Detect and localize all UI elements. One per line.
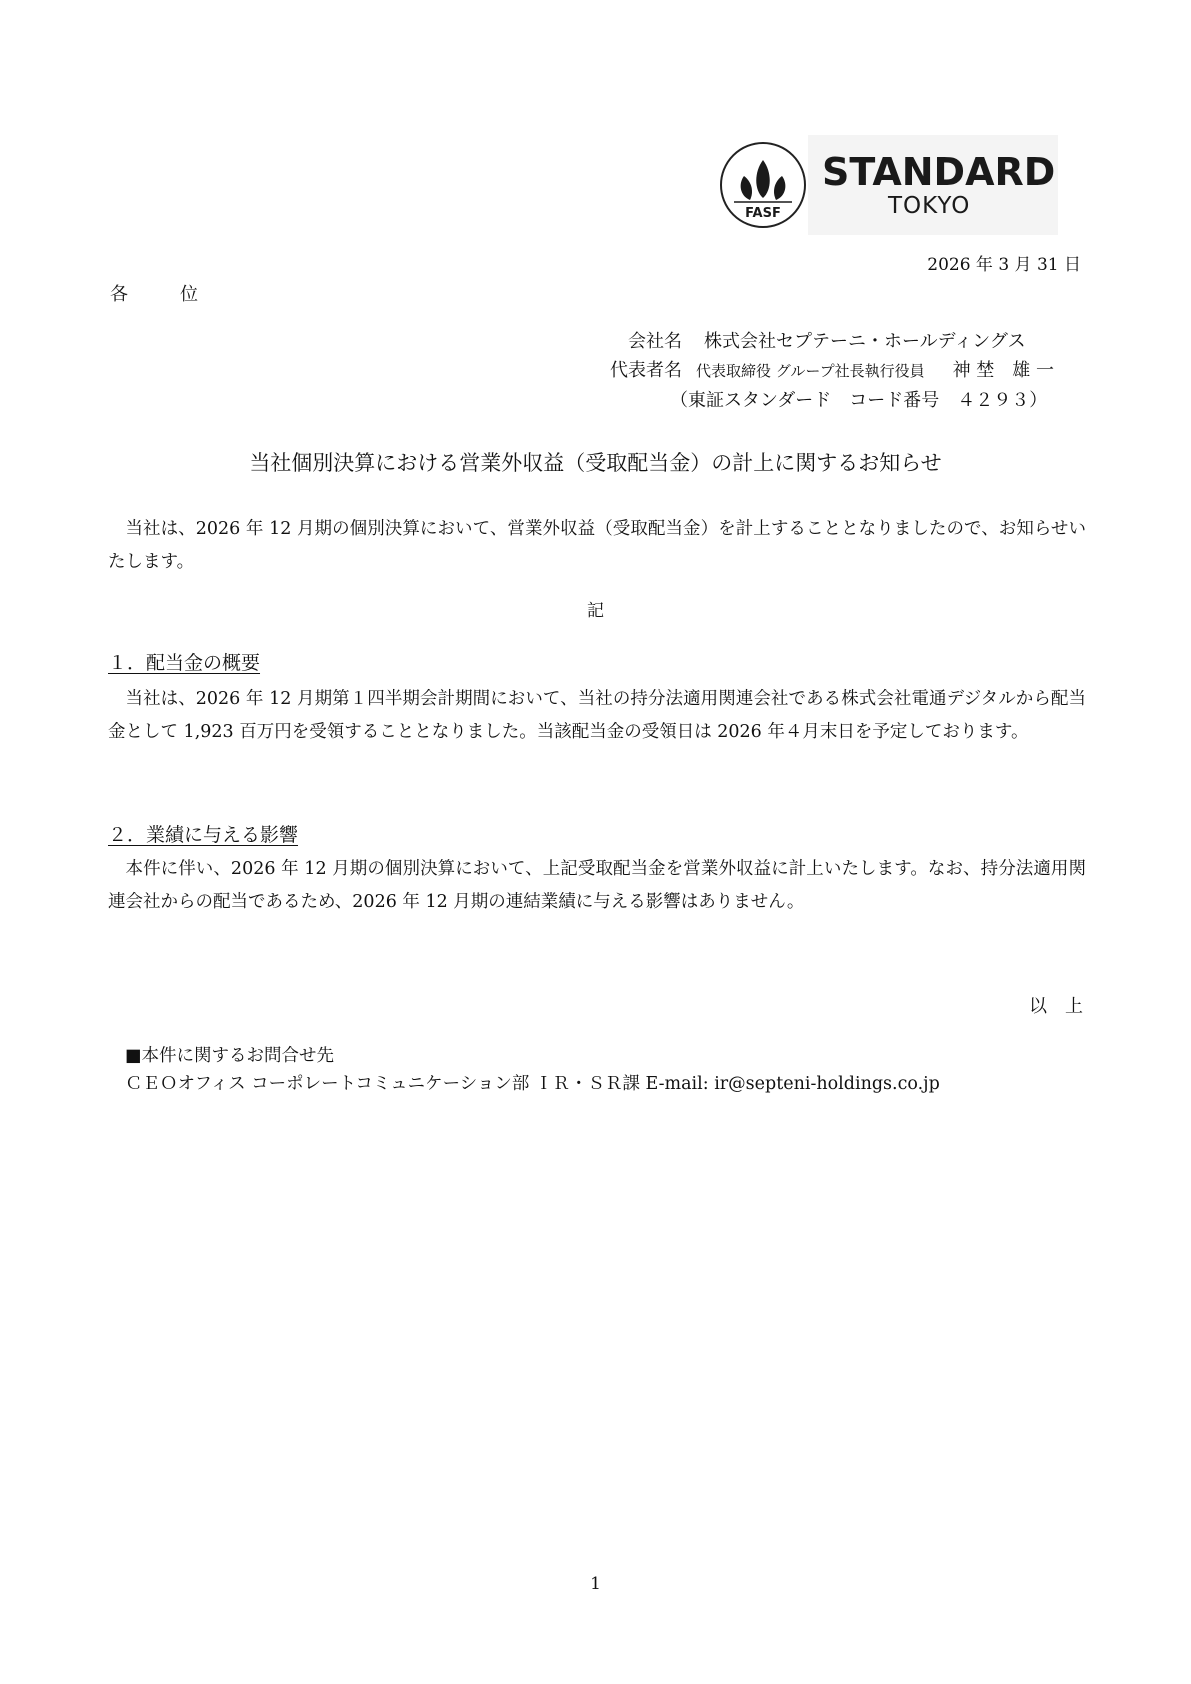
standard-logo-subtitle: TOKYO [888,193,970,219]
svg-text:FASF: FASF [745,206,781,221]
section-2-heading: ２．業績に与える影響 [108,820,298,847]
contact-heading: ■本件に関するお問合せ先 [125,1042,334,1067]
closing-mark: 以 上 [1029,992,1083,1018]
contact-details: ＣＥＯオフィス コーポレートコミュニケーション部 ＩＲ・ＳＲ課 E-mail: … [125,1070,940,1095]
fasf-member-seal-icon: FASF [718,140,808,230]
addressee-char-1: 各 [110,280,128,306]
addressee-char-2: 位 [180,280,198,306]
section-1-body: 当社は、2026 年 12 月期第１四半期会計期間において、当社の持分法適用関連… [108,683,1086,749]
company-name-label: 会社名 [580,327,682,356]
representative-label: 代表者名 [580,356,682,385]
document-title: 当社個別決算における営業外収益（受取配当金）の計上に関するお知らせ [0,447,1191,477]
page-number: 1 [0,1574,1191,1594]
representative-title: 代表取締役 グループ社長執行役員 [696,362,925,380]
listing-info: （東証スタンダード コード番号 ４２９３） [580,386,1054,415]
standard-logo-title: STANDARD [822,150,1055,194]
intro-paragraph: 当社は、2026 年 12 月期の個別決算において、営業外収益（受取配当金）を計… [108,513,1086,579]
section-2-body: 本件に伴い、2026 年 12 月期の個別決算において、上記受取配当金を営業外収… [108,853,1086,919]
company-info: 会社名株式会社セプテーニ・ホールディングス 代表者名代表取締役 グループ社長執行… [580,327,1054,415]
company-name-row: 会社名株式会社セプテーニ・ホールディングス [580,327,1054,356]
representative-name: 神 埜 雄 一 [953,360,1054,381]
release-date: 2026 年 3 月 31 日 [927,250,1081,275]
section-1-heading: １．配当金の概要 [108,648,260,675]
representative-row: 代表者名代表取締役 グループ社長執行役員神 埜 雄 一 [580,356,1054,386]
addressee: 各位 [110,280,198,306]
ki-marker: 記 [0,596,1191,621]
company-name-value: 株式会社セプテーニ・ホールディングス [704,331,1026,352]
